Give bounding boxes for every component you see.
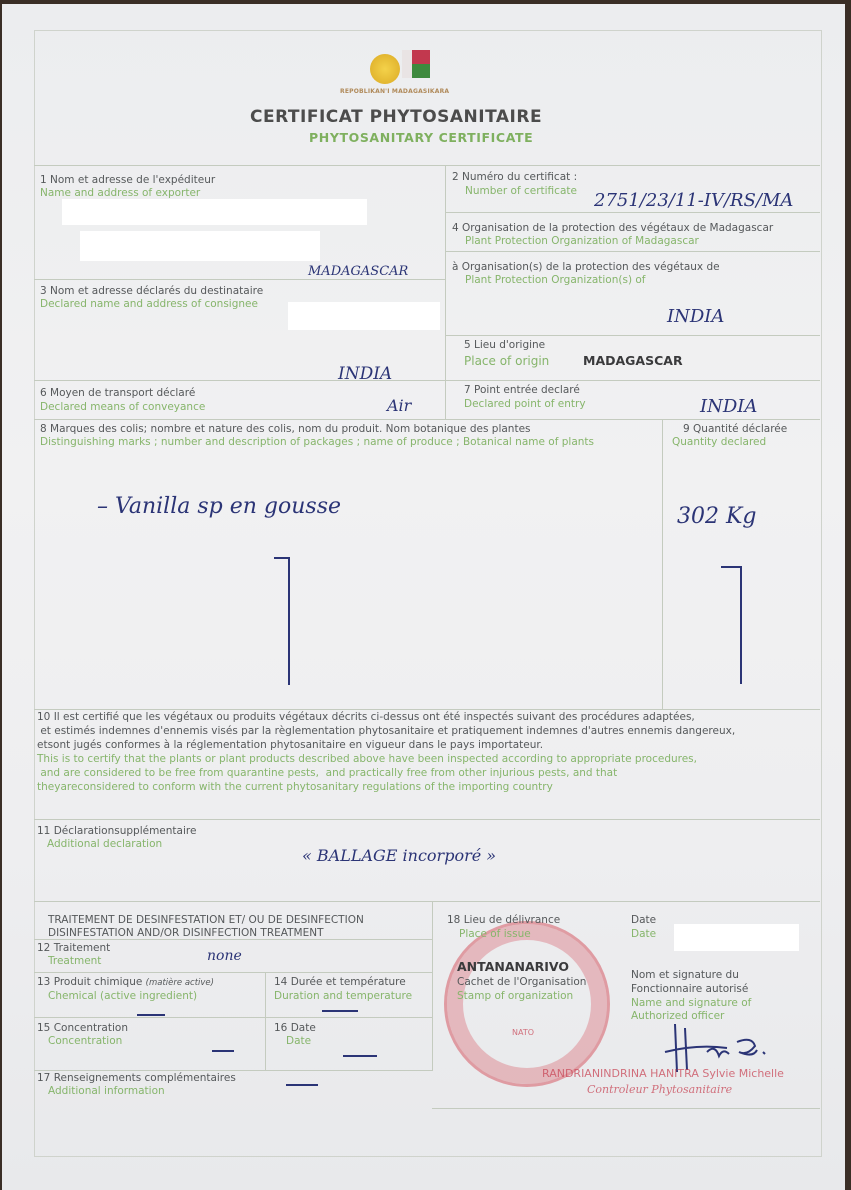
field-6-label-en: Declared means of conveyance bbox=[40, 401, 205, 414]
stamp-label-fr: Cachet de l'Organisation bbox=[457, 976, 586, 989]
exporter-country-handwritten: MADAGASCAR bbox=[308, 264, 408, 279]
field-10-fr-line-1: 10 Il est certifié que les végétaux ou p… bbox=[37, 711, 695, 724]
point-of-entry: INDIA bbox=[700, 396, 757, 417]
officer-label-fr-1: Nom et signature du bbox=[631, 969, 739, 982]
duration-value-dash bbox=[322, 1010, 358, 1012]
field-15-label-fr: 15 Concentration bbox=[37, 1022, 128, 1035]
field-4-label-fr: 4 Organisation de la protection des végé… bbox=[452, 222, 773, 235]
officer-role: Controleur Phytosanitaire bbox=[587, 1083, 732, 1096]
z-line-left-vertical bbox=[288, 557, 290, 685]
field-4-label-en: Plant Protection Organization of Madagas… bbox=[465, 235, 699, 248]
consignee-country-handwritten: INDIA bbox=[338, 364, 392, 384]
field-13-label-en: Chemical (active ingredient) bbox=[48, 990, 197, 1003]
field-8-label-en: Distinguishing marks ; number and descri… bbox=[40, 436, 594, 449]
field-4b-label-fr: à Organisation(s) de la protection des v… bbox=[452, 261, 720, 274]
field-3-label-en: Declared name and address of consignee bbox=[40, 298, 258, 311]
stamp-label-en: Stamp of organization bbox=[457, 990, 573, 1003]
produce-description: – Vanilla sp en gousse bbox=[97, 494, 341, 519]
certificate-number: 2751/23/11-IV/RS/MA bbox=[594, 190, 793, 211]
officer-name: RANDRIANINDRINA HANITRA Sylvie Michelle bbox=[542, 1067, 784, 1080]
emblem bbox=[368, 50, 440, 90]
z-line-right-vertical bbox=[740, 566, 742, 684]
quantity-declared: 302 Kg bbox=[677, 504, 757, 529]
field-8-label-fr: 8 Marques des colis; nombre et nature de… bbox=[40, 423, 531, 436]
consignee-name-redacted bbox=[288, 302, 440, 330]
field-16-label-fr: 16 Date bbox=[274, 1022, 316, 1035]
exporter-address-redacted bbox=[80, 231, 320, 261]
officer-label-fr-2: Fonctionnaire autorisé bbox=[631, 983, 748, 996]
date-label-en: Date bbox=[631, 928, 656, 941]
field-13-label-fr: 13 Produit chimique (matière active) bbox=[37, 976, 214, 990]
field-15-label-en: Concentration bbox=[48, 1035, 122, 1048]
field-12-label-fr: 12 Traitement bbox=[37, 942, 110, 955]
field-9-label-fr: 9 Quantité déclarée bbox=[683, 423, 787, 436]
field-10-en-line-3: theyareconsidered to conform with the cu… bbox=[37, 781, 553, 794]
stamp-inner-text: NATO bbox=[512, 1028, 534, 1037]
flag-icon bbox=[402, 50, 430, 78]
treatment-header-en: DISINFESTATION AND/OR DISINFECTION TREAT… bbox=[48, 927, 324, 940]
title-english: PHYTOSANITARY CERTIFICATE bbox=[309, 130, 533, 145]
field-16-label-en: Date bbox=[286, 1035, 311, 1048]
place-of-origin-value: MADAGASCAR bbox=[583, 353, 683, 368]
treatment-header-fr: TRAITEMENT DE DESINFESTATION ET/ OU DE D… bbox=[48, 914, 364, 927]
z-line-left bbox=[274, 557, 288, 559]
field-14-label-fr: 14 Durée et température bbox=[274, 976, 406, 989]
means-of-conveyance: Air bbox=[387, 396, 411, 415]
field-10-fr-line-2: et estimés indemnes d'ennemis visés par … bbox=[37, 725, 735, 738]
additional-declaration: « BALLAGE incorporé » bbox=[302, 846, 496, 865]
title-french: CERTIFICAT PHYTOSANITAIRE bbox=[250, 107, 542, 127]
chemical-value-dash bbox=[137, 1014, 165, 1016]
field-11-label-fr: 11 Déclarationsupplémentaire bbox=[37, 825, 196, 838]
place-of-issue-value: ANTANANARIVO bbox=[457, 959, 569, 974]
field-17-label-fr: 17 Renseignements complémentaires bbox=[37, 1072, 236, 1085]
field-13-label-small: (matière active) bbox=[146, 978, 214, 988]
z-line-right bbox=[721, 566, 741, 568]
field-6-label-fr: 6 Moyen de transport déclaré bbox=[40, 387, 195, 400]
concentration-value-dash bbox=[212, 1050, 234, 1052]
field-10-fr-line-3: etsont jugés conformes à la réglementati… bbox=[37, 739, 543, 752]
field-10-en-line-2: and are considered to be free from quara… bbox=[37, 767, 617, 780]
seal-icon bbox=[370, 54, 400, 84]
treatment-value: none bbox=[207, 948, 242, 964]
field-12-label-en: Treatment bbox=[48, 955, 101, 968]
field-13-label-main: 13 Produit chimique bbox=[37, 976, 142, 988]
field-2-label-fr: 2 Numéro du certificat : bbox=[452, 171, 577, 184]
organization-stamp bbox=[444, 921, 610, 1087]
field-17-label-en: Additional information bbox=[48, 1085, 165, 1098]
issue-date-redacted bbox=[674, 924, 799, 951]
field-4b-label-en: Plant Protection Organization(s) of bbox=[465, 274, 646, 287]
field-7-label-en: Declared point of entry bbox=[464, 398, 586, 411]
certificate-paper: REPOBLIKAN'I MADAGASIKARA CERTIFICAT PHY… bbox=[2, 4, 845, 1190]
field-18-label-en: Place of issue bbox=[459, 928, 531, 941]
field-14-label-en: Duration and temperature bbox=[274, 990, 412, 1003]
field-11-label-en: Additional declaration bbox=[47, 838, 162, 851]
field-7-label-fr: 7 Point entrée declaré bbox=[464, 384, 580, 397]
date-value-dash bbox=[343, 1055, 377, 1057]
field-5-label-en: Place of origin bbox=[464, 355, 549, 368]
field-3-label-fr: 3 Nom et adresse déclarés du destinatair… bbox=[40, 285, 263, 298]
field-1-label-fr: 1 Nom et adresse de l'expéditeur bbox=[40, 174, 215, 187]
field-18-label-fr: 18 Lieu de délivrance bbox=[447, 914, 560, 927]
emblem-caption: REPOBLIKAN'I MADAGASIKARA bbox=[340, 88, 449, 95]
destination-ppo-country: INDIA bbox=[667, 306, 724, 327]
field-10-en-line-1: This is to certify that the plants or pl… bbox=[37, 753, 697, 766]
officer-label-en-1: Name and signature of bbox=[631, 997, 751, 1010]
field-5-label-fr: 5 Lieu d'origine bbox=[464, 339, 545, 352]
exporter-name-redacted bbox=[62, 199, 367, 225]
additional-info-dash bbox=[286, 1084, 318, 1086]
field-2-label-en: Number of certificate bbox=[465, 185, 577, 198]
date-label-fr: Date bbox=[631, 914, 656, 927]
field-9-label-en: Quantity declared bbox=[672, 436, 766, 449]
